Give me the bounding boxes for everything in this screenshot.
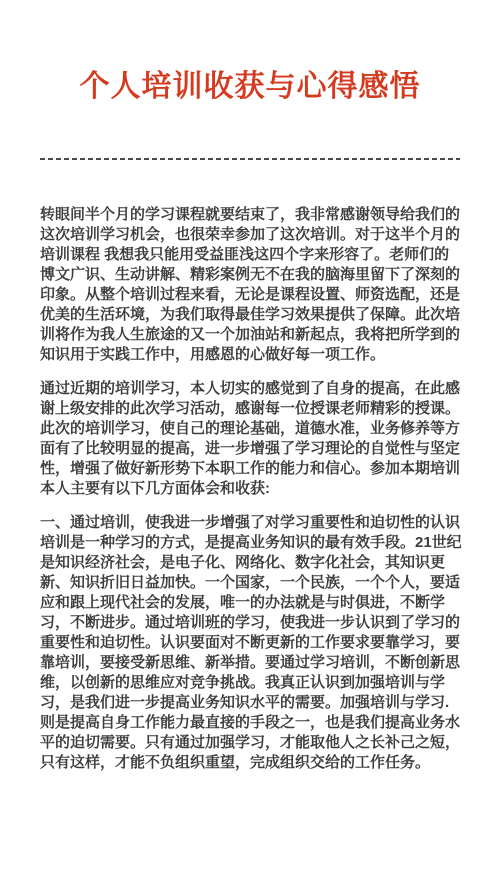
document-page: 个人培训收获与心得感悟 转眼间半个月的学习课程就要结束了，我非常感谢领导给我们的…	[0, 0, 500, 875]
dashed-divider	[40, 158, 460, 160]
document-title: 个人培训收获与心得感悟	[20, 66, 480, 108]
paragraph-summary: 通过近期的培训学习，本人切实的感觉到了自身的提高，在此感 谢上级安排的此次学习活…	[40, 379, 460, 499]
paragraph-point-one: 一、通过培训，使我进一步增强了对学习重要性和迫切性的认识 培训是一种学习的方式，…	[40, 513, 460, 773]
paragraph-intro: 转眼间半个月的学习课程就要结束了，我非常感谢领导给我们的 这次培训学习机会，也很…	[40, 205, 460, 365]
document-body: 转眼间半个月的学习课程就要结束了，我非常感谢领导给我们的 这次培训学习机会，也很…	[40, 205, 460, 773]
